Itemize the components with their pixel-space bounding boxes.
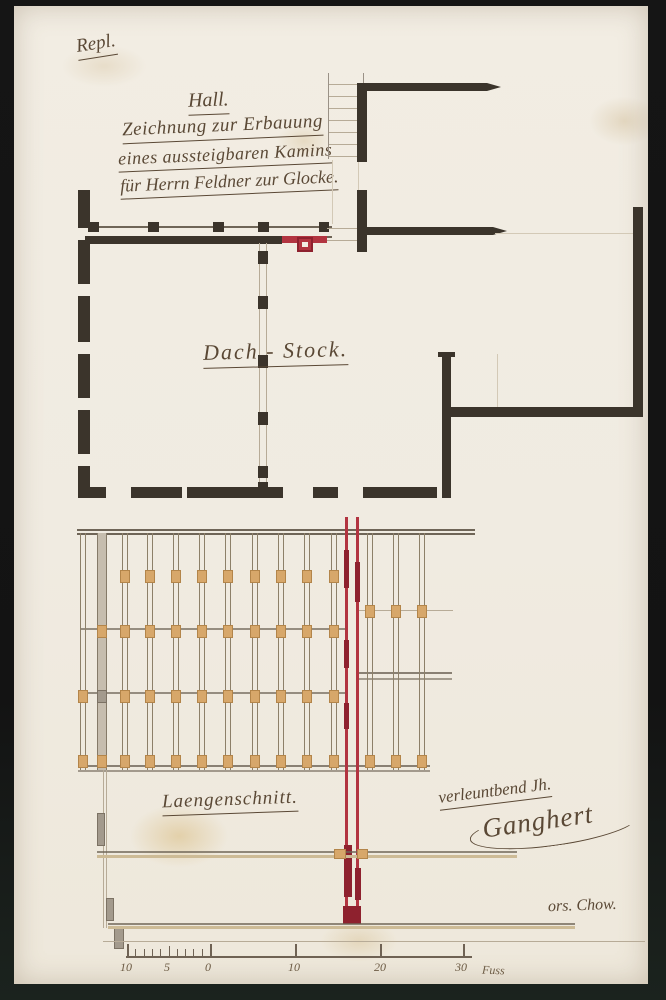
joist-timber-block: [276, 625, 286, 638]
joist-timber-block: [302, 570, 312, 583]
scale-major-tick: [380, 944, 382, 957]
plan-wall-segment: [78, 296, 90, 342]
joist-timber-block: [329, 690, 339, 703]
section-left-wall-line: [103, 770, 104, 928]
pencil-guide: [495, 233, 635, 234]
chimney-base: [343, 906, 361, 924]
section-joist: [393, 533, 399, 770]
chimney-fill: [355, 562, 360, 602]
joist-timber-block: [329, 625, 339, 638]
stair-guide-line: [332, 160, 333, 224]
floor-timber-block: [334, 849, 346, 859]
plan-wall-cap: [438, 352, 455, 357]
chimney-fill: [344, 640, 349, 668]
partition-line: [259, 243, 260, 498]
joist-timber-block: [171, 755, 181, 768]
partition-stud: [258, 412, 268, 425]
scale-major-tick: [463, 944, 465, 957]
joist-timber-block: [78, 690, 88, 703]
floor-line-ground-tan: [108, 926, 575, 929]
section-top-plate: [77, 533, 475, 535]
annotation-bottom-right: ors. Chow.: [548, 897, 617, 915]
joist-timber-block: [276, 690, 286, 703]
section-sill: [78, 770, 430, 772]
section-joist: [97, 533, 107, 770]
scale-label: 10: [120, 960, 132, 975]
joist-timber-block: [365, 605, 375, 618]
plan-wall-top-right: [367, 83, 487, 91]
scale-minor-tick: [177, 949, 178, 957]
title-line-1: Hall.: [188, 89, 229, 110]
joist-timber-block: [417, 755, 427, 768]
plan-frame-block: [258, 222, 269, 232]
scale-label: 20: [374, 960, 386, 975]
joist-timber-block: [276, 570, 286, 583]
joist-timber-block: [365, 755, 375, 768]
pier-block: [114, 928, 124, 949]
pier-block: [106, 898, 114, 921]
joist-timber-block: [302, 625, 312, 638]
plan-wall-vertical: [357, 83, 367, 162]
scale-minor-tick: [185, 949, 186, 957]
scale-label-unit: Fuss: [482, 963, 505, 979]
joist-timber-block: [145, 690, 155, 703]
joist-timber-block: [417, 605, 427, 618]
joist-timber-block: [197, 690, 207, 703]
section-joist: [225, 533, 231, 770]
joist-timber-block: [223, 570, 233, 583]
section-joist: [147, 533, 153, 770]
scale-minor-tick: [144, 949, 145, 957]
scale-minor-tick: [193, 949, 194, 957]
scale-major-tick: [127, 944, 129, 957]
scale-major-tick: [210, 944, 212, 957]
joist-timber-block: [250, 625, 260, 638]
joist-timber-block: [197, 625, 207, 638]
joist-timber-block: [250, 690, 260, 703]
scale-minor-tick: [160, 949, 161, 957]
section-joist: [173, 533, 179, 770]
scale-minor-tick: [169, 946, 170, 957]
section-top-plate: [77, 529, 475, 531]
joist-timber-block: [302, 690, 312, 703]
plan-wall-segment: [78, 354, 90, 398]
annotation-top-left: Repl.: [75, 31, 117, 56]
partition-stud: [258, 296, 268, 309]
section-joist: [199, 533, 205, 770]
scale-label: 30: [455, 960, 467, 975]
joist-timber-block: [171, 570, 181, 583]
plan-frame-block: [213, 222, 224, 232]
plan-wall-segment: [78, 240, 90, 284]
baseline-faint: [103, 941, 645, 942]
plan-frame-block: [319, 222, 329, 232]
plan-wall-lower-right: [451, 407, 643, 417]
plan-frame-block: [88, 222, 99, 232]
joist-timber-block: [97, 625, 107, 638]
scale-major-tick: [295, 944, 297, 957]
section-joist: [331, 533, 337, 770]
scanned-drawing: Repl. Hall. Zeichnung zur Erbauung eines…: [0, 0, 666, 1000]
joist-timber-block: [145, 570, 155, 583]
scale-label: 5: [164, 960, 170, 975]
joist-timber-block: [120, 690, 130, 703]
plan-wall-segment: [78, 410, 90, 454]
joist-timber-block: [145, 625, 155, 638]
joist-timber-block: [120, 625, 130, 638]
joist-timber-block: [145, 755, 155, 768]
section-joist: [278, 533, 284, 770]
joist-timber-block: [302, 755, 312, 768]
floor-line-upper: [97, 851, 517, 853]
section-joist: [252, 533, 258, 770]
plan-wall-right-outer: [633, 207, 643, 409]
joist-timber-block: [197, 570, 207, 583]
joist-timber-block: [223, 690, 233, 703]
chimney-flue-opening: [302, 242, 308, 247]
plan-wall-mid-vertical: [442, 352, 451, 498]
chimney-fill: [355, 868, 361, 900]
joist-timber-block: [391, 755, 401, 768]
joist-timber-block: [120, 755, 130, 768]
floor-timber-block: [357, 849, 368, 859]
partition-line: [266, 243, 267, 498]
floor-line-ground: [108, 923, 575, 925]
scale-minor-tick: [152, 949, 153, 957]
plan-wall-segment: [131, 487, 182, 498]
scale-label: 10: [288, 960, 300, 975]
joist-timber-block: [329, 570, 339, 583]
partition-stud: [258, 466, 268, 478]
chimney-flue-plan: [297, 237, 313, 252]
floor-line-upper-tan: [97, 855, 517, 858]
joist-timber-block: [329, 755, 339, 768]
joist-timber-block: [250, 755, 260, 768]
section-label: Laengenschnitt.: [162, 788, 298, 812]
joist-timber-block: [171, 625, 181, 638]
joist-timber-block: [120, 570, 130, 583]
joist-timber-block: [97, 755, 107, 768]
section-joist: [367, 533, 373, 770]
section-joist: [419, 533, 425, 770]
joist-gray-block: [97, 690, 107, 703]
plan-wall-vertical: [357, 190, 367, 252]
plan-wall-mid-right: [367, 227, 493, 235]
plan-wall-segment: [80, 487, 106, 498]
joist-timber-block: [250, 570, 260, 583]
section-joist: [80, 533, 86, 770]
section-joist: [304, 533, 310, 770]
joist-timber-block: [171, 690, 181, 703]
chimney-fill: [344, 550, 349, 588]
section-joist: [122, 533, 128, 770]
partition-stud: [258, 251, 268, 264]
joist-timber-block: [223, 755, 233, 768]
scale-label: 0: [205, 960, 211, 975]
chimney-fill: [344, 703, 349, 729]
pencil-guide: [497, 354, 498, 407]
plan-wall-band: [85, 236, 282, 244]
joist-timber-block: [78, 755, 88, 768]
plan-door-line: [327, 228, 358, 229]
joist-timber-block: [223, 625, 233, 638]
plan-wall-line: [88, 226, 332, 228]
pier-block: [97, 813, 105, 846]
plan-door-line: [327, 240, 358, 241]
plan-label: Dach - Stock.: [203, 338, 349, 364]
scale-minor-tick: [135, 949, 136, 957]
joist-timber-block: [197, 755, 207, 768]
plan-frame-block: [148, 222, 159, 232]
scale-minor-tick: [202, 949, 203, 957]
plan-wall-segment: [313, 487, 338, 498]
plan-wall-segment: [187, 487, 283, 498]
plan-wall-segment: [363, 487, 437, 498]
joist-timber-block: [276, 755, 286, 768]
partition-stud: [258, 482, 268, 498]
joist-timber-block: [391, 605, 401, 618]
